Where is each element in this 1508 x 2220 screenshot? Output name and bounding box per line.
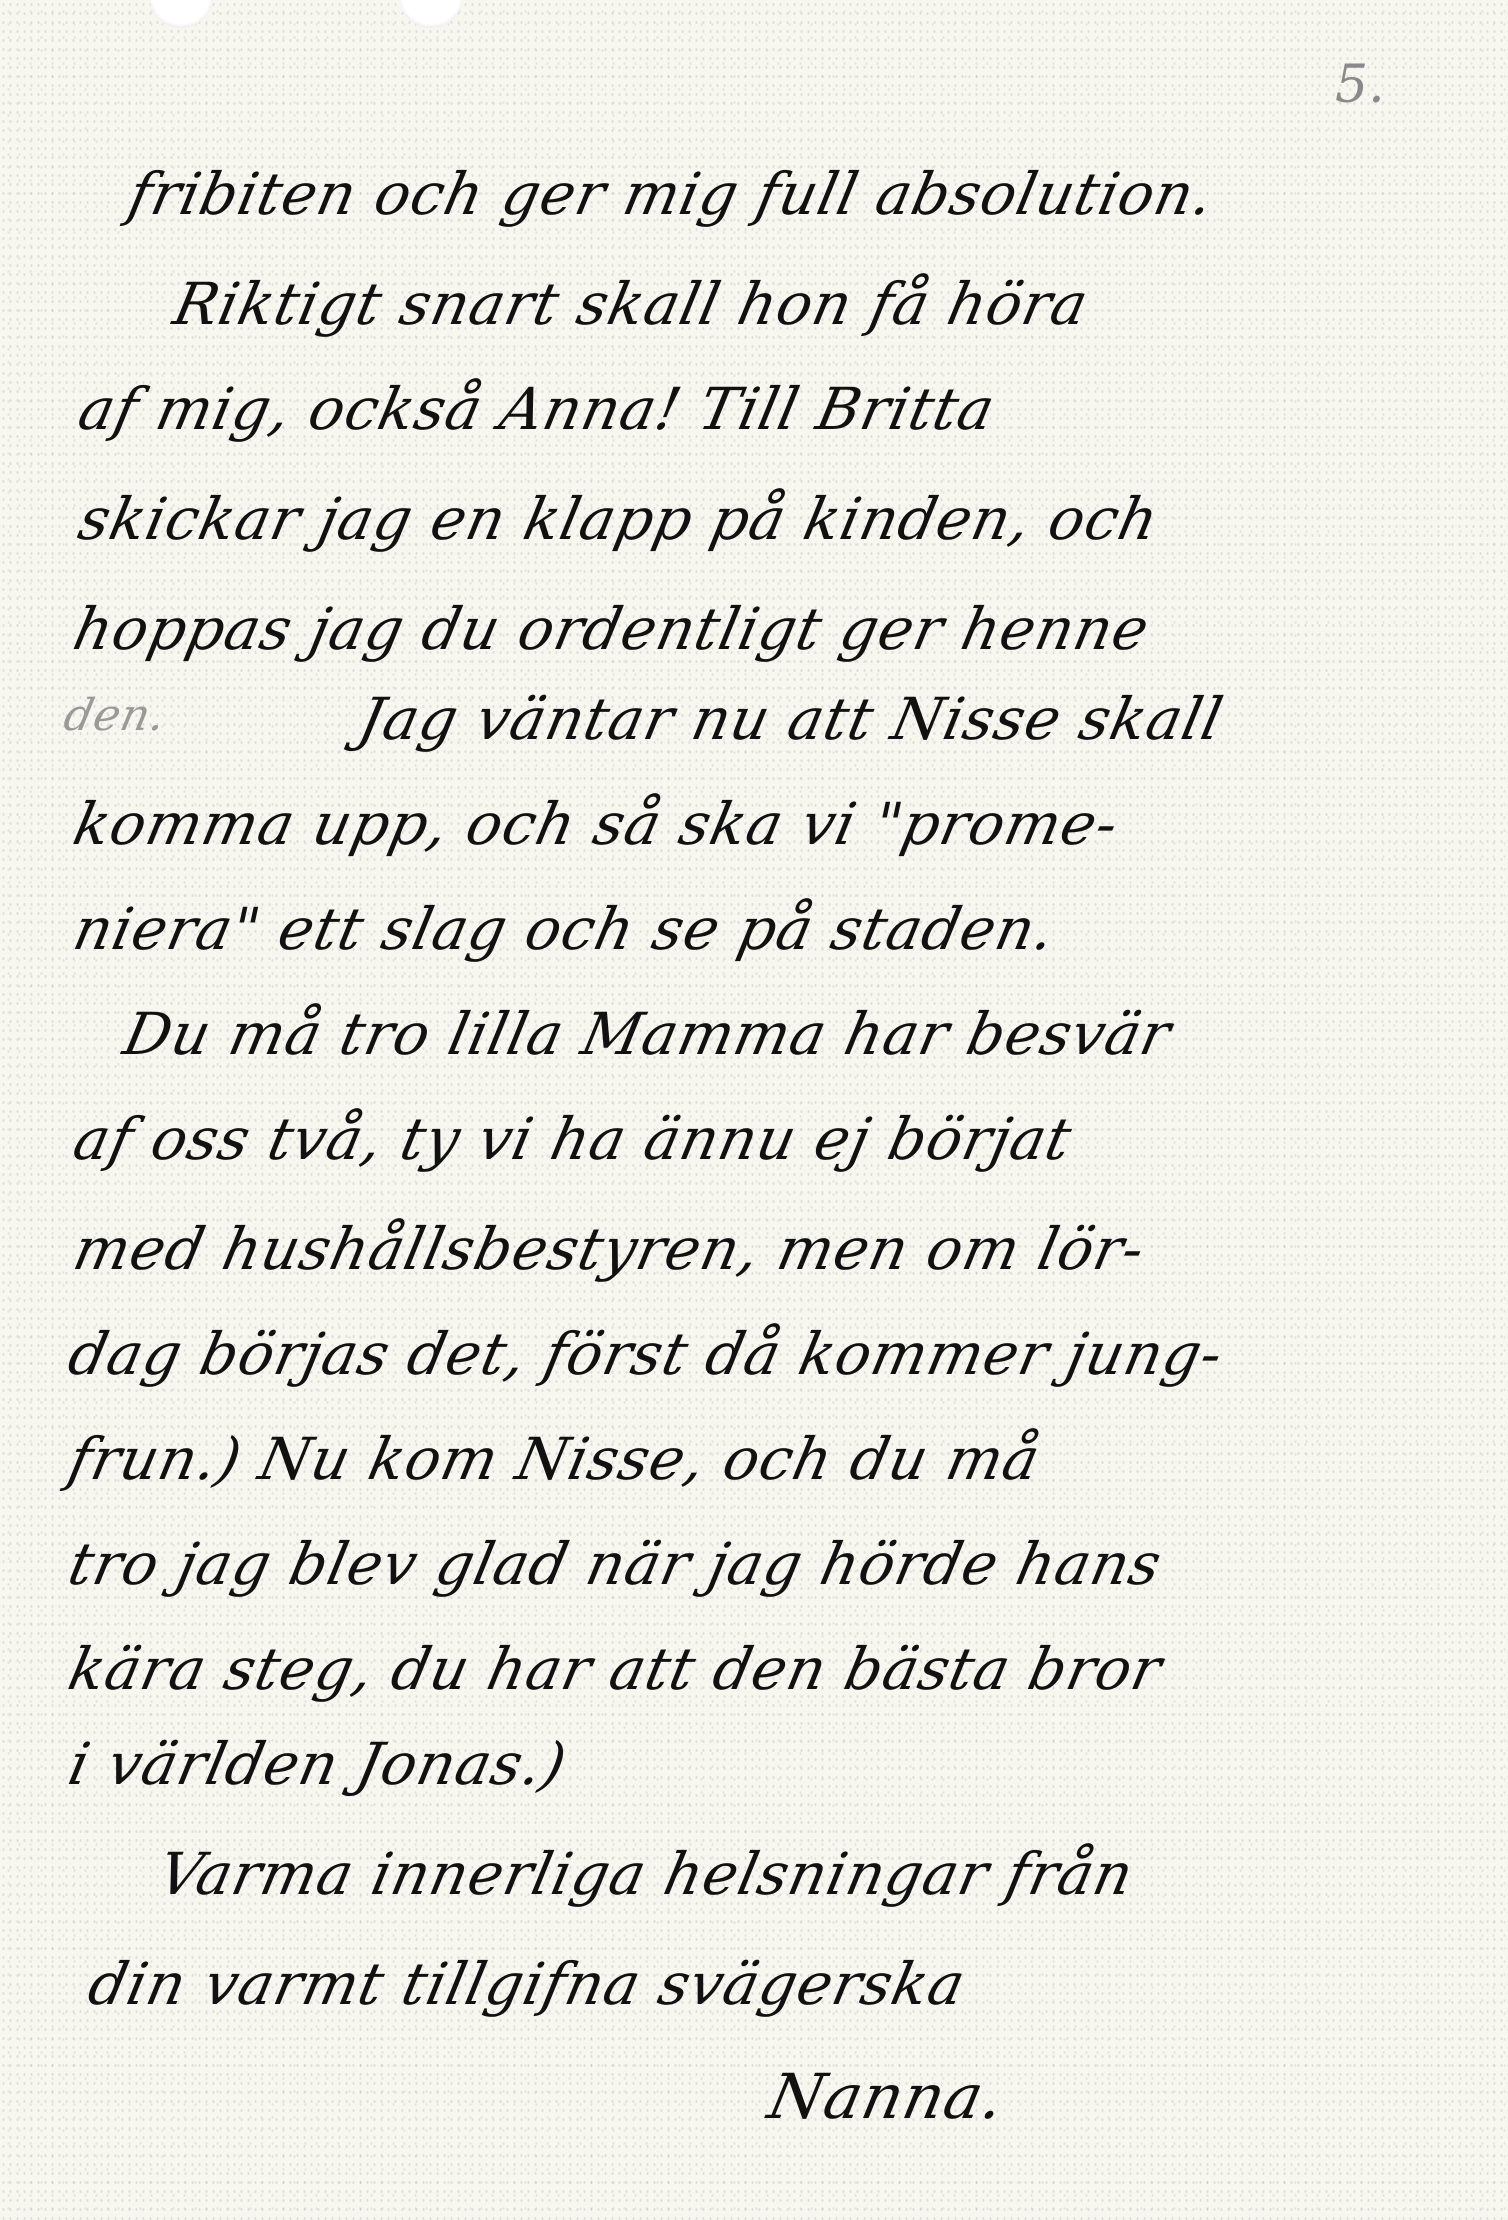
letter-line-6: Jag väntar nu att Nisse skall (353, 685, 1230, 753)
letter-line-1: fribiten och ger mig full absolution. (123, 160, 1220, 228)
letter-line-11: med hushållsbestyren, men om lör- (68, 1215, 1151, 1283)
letter-line-4: skickar jag en klapp på kinden, och (73, 485, 1165, 553)
letter-line-2: Riktigt snart skall hon få höra (168, 270, 1095, 338)
signature: Nanna. (762, 2060, 1011, 2133)
letter-line-10: af oss två, ty vi ha ännu ej börjat (68, 1105, 1078, 1173)
letter-line-5: hoppas jag du ordentligt ger henne (68, 595, 1156, 663)
letter-line-3: af mig, också Anna! Till Britta (73, 375, 1002, 443)
punch-hole-right (400, 0, 462, 28)
margin-note: den. (60, 690, 171, 741)
letter-line-8: niera" ett slag och se på staden. (68, 895, 1062, 963)
letter-line-13: frun.) Nu kom Nisse, och du må (63, 1425, 1047, 1493)
letter-line-14: tro jag blev glad när jag hörde hans (63, 1530, 1168, 1598)
punch-hole-left (150, 0, 212, 28)
page-number: 5. (1335, 55, 1385, 115)
letter-line-17: Varma innerliga helsningar från (153, 1840, 1140, 1908)
letter-line-12: dag börjas det, först då kommer jung- (63, 1320, 1230, 1388)
letter-line-18: din varmt tillgifna svägerska (83, 1950, 972, 2018)
letter-line-15: kära steg, du har att den bästa bror (63, 1635, 1169, 1703)
letter-line-16: i världen Jonas.) (63, 1730, 573, 1798)
letter-line-9: Du må tro lilla Mamma har besvär (118, 1000, 1178, 1068)
letter-line-7: komma upp, och så ska vi "prome- (68, 790, 1125, 858)
